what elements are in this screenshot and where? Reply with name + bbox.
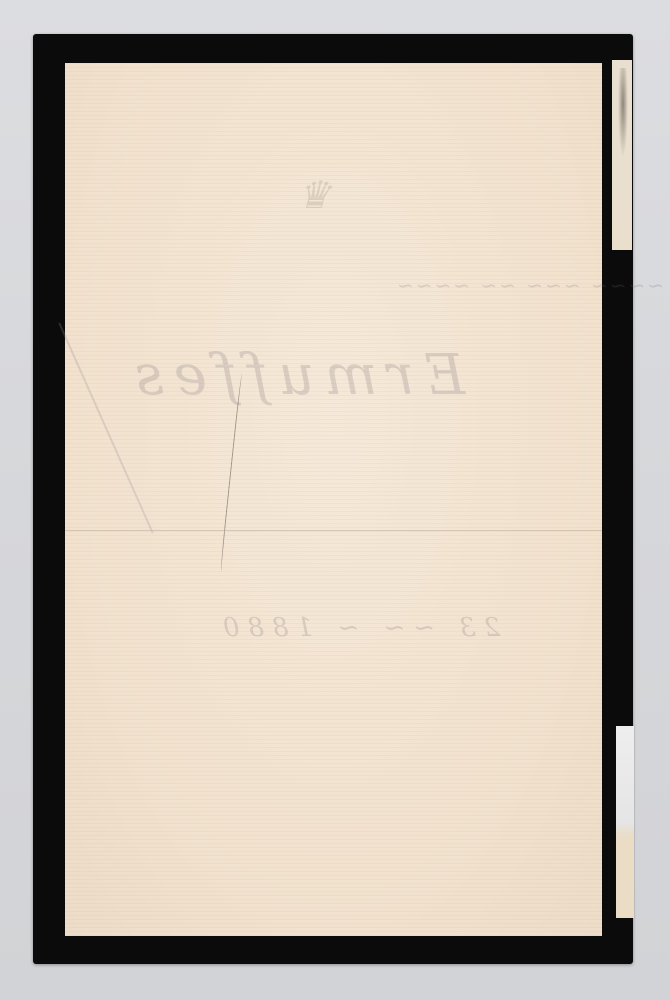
show-through-line: ~~~~ ~~~ ~~ ~~~~ — [395, 273, 664, 297]
paper-panel: ♛ ~~~~ ~~~ ~~ ~~~~ Ermuffes 23 ~~ ~ 1880 — [65, 63, 602, 936]
show-through-name: Ermuffes — [125, 343, 465, 408]
tape-strip-bottom — [616, 726, 634, 918]
horizontal-fold-line — [65, 530, 602, 532]
show-through-date: 23 ~~ ~ 1880 — [215, 613, 500, 643]
mourning-letter-sheet: ♛ ~~~~ ~~~ ~~ ~~~~ Ermuffes 23 ~~ ~ 1880 — [33, 34, 633, 964]
tape-strip-top — [612, 60, 632, 250]
show-through-crest: ♛ — [297, 173, 333, 217]
